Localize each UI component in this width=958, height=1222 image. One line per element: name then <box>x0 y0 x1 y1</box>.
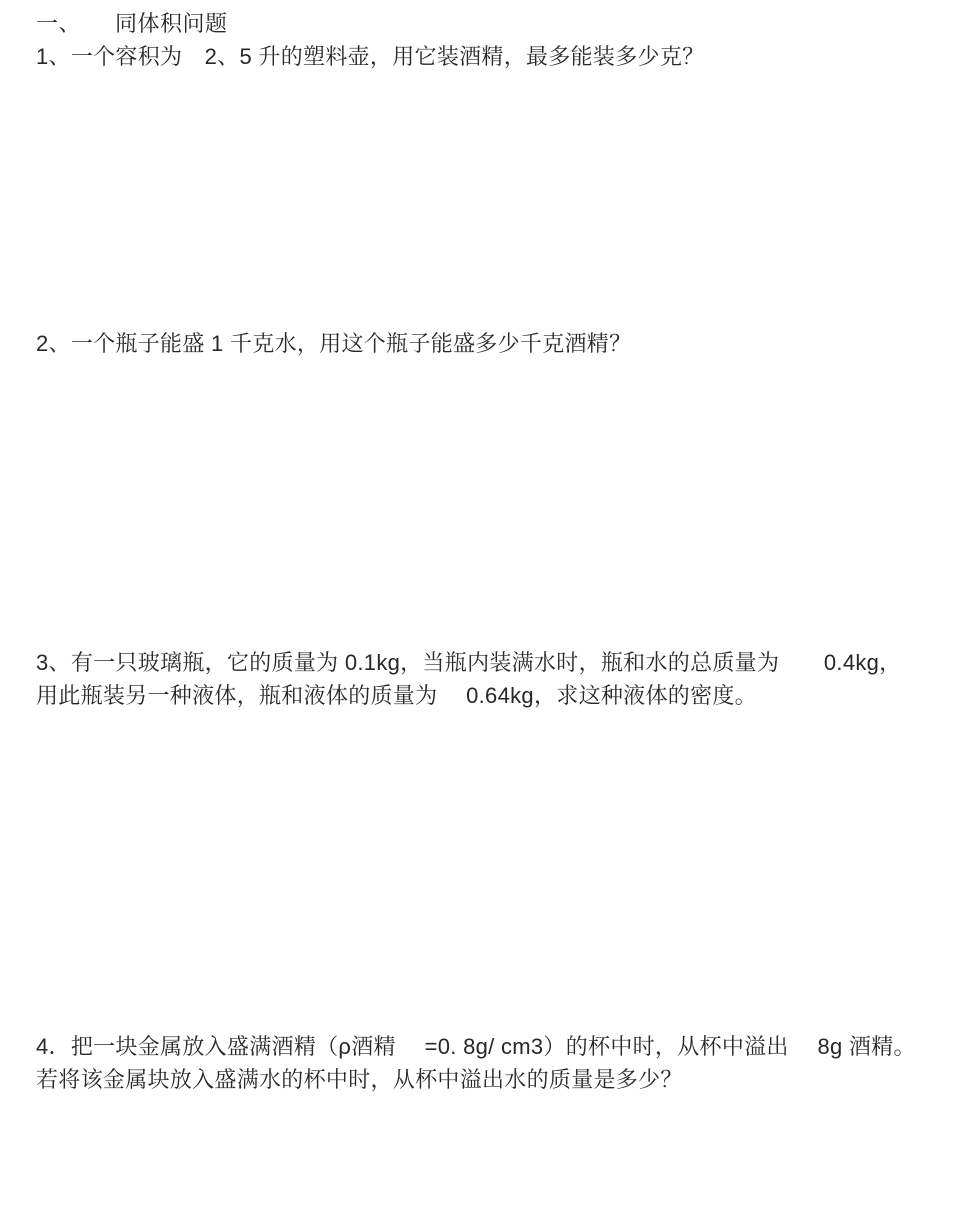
question-3-text-line-2: 用此瓶装另一种液体，瓶和液体的质量为 0.64kg，求这种液体的密度。 <box>36 679 948 712</box>
question-2-text: 2、一个瓶子能盛 1 千克水，用这个瓶子能盛多少千克酒精？ <box>36 327 948 360</box>
question-1-text: 1、一个容积为 2、5 升的塑料壶，用它装酒精，最多能装多少克？ <box>36 40 948 73</box>
question-4-text-line-2: 若将该金属块放入盛满水的杯中时，从杯中溢出水的质量是多少？ <box>36 1063 948 1096</box>
section-heading-text: 一、 同体积问题 <box>36 7 948 40</box>
question-2: 2、一个瓶子能盛 1 千克水，用这个瓶子能盛多少千克酒精？ <box>36 327 948 360</box>
question-3: 3、有一只玻璃瓶，它的质量为 0.1kg，当瓶内装满水时，瓶和水的总质量为 0.… <box>36 646 948 712</box>
question-3-text-line-1: 3、有一只玻璃瓶，它的质量为 0.1kg，当瓶内装满水时，瓶和水的总质量为 0.… <box>36 646 948 679</box>
worksheet-page: 一、 同体积问题 1、一个容积为 2、5 升的塑料壶，用它装酒精，最多能装多少克… <box>0 0 958 1222</box>
question-4: 4．把一块金属放入盛满酒精（ρ酒精 =0. 8g/ cm3）的杯中时，从杯中溢出… <box>36 1030 948 1096</box>
section-heading: 一、 同体积问题 <box>36 7 948 40</box>
question-1: 1、一个容积为 2、5 升的塑料壶，用它装酒精，最多能装多少克？ <box>36 40 948 73</box>
question-4-text-line-1: 4．把一块金属放入盛满酒精（ρ酒精 =0. 8g/ cm3）的杯中时，从杯中溢出… <box>36 1030 948 1063</box>
